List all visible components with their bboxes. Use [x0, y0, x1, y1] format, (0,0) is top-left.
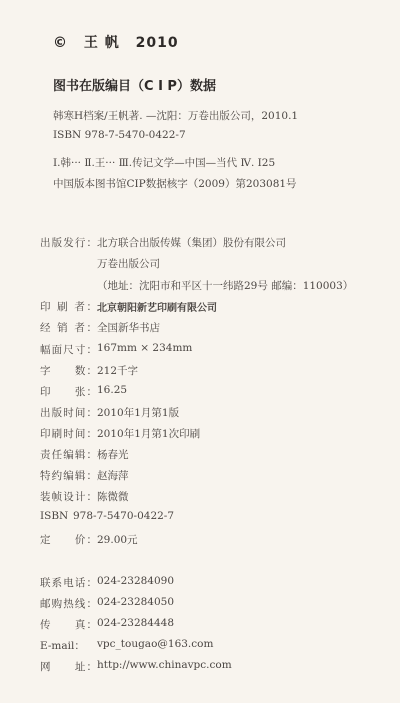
- detail-row-printdate: 印刷时间： 2010年1月第1次印刷: [40, 426, 200, 441]
- detail-value: 赵海萍: [97, 468, 129, 483]
- copyright-author: 王 帆: [84, 35, 120, 51]
- cip-line-title: 韩寒H档案/王帆著. —沈阳：万卷出版公司，2010.1: [53, 108, 298, 123]
- detail-row-printer: 印 刷 者： 北京朝阳新艺印刷有限公司: [40, 299, 217, 314]
- contact-value: 024-23284090: [97, 575, 174, 590]
- detail-row-special-editor: 特约编辑： 赵海萍: [40, 468, 129, 483]
- publisher-value: 北方联合出版传媒（集团）股份有限公司: [97, 235, 286, 250]
- cip-line-classification: Ⅰ.韩··· Ⅱ.王··· Ⅲ.传记文学—中国—当代 Ⅳ. I25: [53, 155, 275, 170]
- cip-line-isbn: ISBN 978-7-5470-0422-7: [53, 129, 186, 141]
- detail-value: 29.00元: [97, 532, 138, 547]
- detail-label: 印 张：: [40, 384, 97, 399]
- detail-value: 978-7-5470-0422-7: [73, 510, 174, 522]
- publisher-line-2: 万卷出版公司: [97, 256, 160, 271]
- detail-value: 北京朝阳新艺印刷有限公司: [97, 299, 217, 314]
- detail-row-designer: 装帧设计： 陈微微: [40, 489, 129, 504]
- detail-row-format: 幅面尺寸： 167mm × 234mm: [40, 342, 192, 357]
- copyright-year: 2010: [136, 35, 179, 51]
- contact-label: 联系电话：: [40, 575, 97, 590]
- contact-label: 传 真：: [40, 617, 97, 632]
- cip-title: 图书在版编目（C I P）数据: [53, 75, 216, 94]
- publisher-address: （地址：沈阳市和平区十一纬路29号 邮编：110003）: [97, 278, 353, 293]
- contact-label: 邮购热线：: [40, 596, 97, 611]
- contact-row-website: 网 址： http://www.chinavpc.com: [40, 659, 232, 674]
- contact-label: 网 址：: [40, 659, 97, 674]
- email-link[interactable]: vpc_tougao@163.com: [97, 638, 213, 653]
- detail-row-distributor: 经 销 者： 全国新华书店: [40, 320, 160, 335]
- contact-row-mailorder: 邮购热线： 024-23284050: [40, 596, 174, 611]
- detail-row-price: 定 价： 29.00元: [40, 532, 138, 547]
- detail-value: 全国新华书店: [97, 320, 160, 335]
- contact-label: E-mail：: [40, 638, 97, 653]
- detail-label: 定 价：: [40, 532, 97, 547]
- detail-value: 167mm × 234mm: [97, 342, 192, 357]
- detail-row-pubdate: 出版时间： 2010年1月第1版: [40, 405, 179, 420]
- copyright-line: © 王 帆 2010: [53, 32, 189, 52]
- detail-row-isbn: ISBN 978-7-5470-0422-7: [40, 510, 174, 522]
- detail-value: 212千字: [97, 363, 138, 378]
- detail-label: ISBN: [40, 510, 73, 522]
- contact-value: 024-23284448: [97, 617, 174, 632]
- publisher-row: 出版发行： 北方联合出版传媒（集团）股份有限公司: [40, 235, 286, 250]
- detail-value: 2010年1月第1版: [97, 405, 179, 420]
- contact-row-fax: 传 真： 024-23284448: [40, 617, 174, 632]
- detail-label: 幅面尺寸：: [40, 342, 97, 357]
- detail-label: 字 数：: [40, 363, 97, 378]
- detail-row-editor: 责任编辑： 杨春光: [40, 447, 129, 462]
- detail-value: 16.25: [97, 384, 127, 399]
- detail-value: 杨春光: [97, 447, 129, 462]
- publisher-label: 出版发行：: [40, 235, 97, 250]
- detail-label: 印 刷 者：: [40, 299, 97, 314]
- detail-row-sheets: 印 张： 16.25: [40, 384, 127, 399]
- contact-row-phone: 联系电话： 024-23284090: [40, 575, 174, 590]
- detail-label: 责任编辑：: [40, 447, 97, 462]
- detail-value: 2010年1月第1次印刷: [97, 426, 200, 441]
- copyright-symbol: ©: [53, 35, 68, 51]
- detail-value: 陈微微: [97, 489, 129, 504]
- detail-label: 印刷时间：: [40, 426, 97, 441]
- detail-row-wordcount: 字 数： 212千字: [40, 363, 138, 378]
- contact-row-email: E-mail： vpc_tougao@163.com: [40, 638, 213, 653]
- website-link[interactable]: http://www.chinavpc.com: [97, 659, 232, 674]
- cip-line-verification: 中国版本图书馆CIP数据核字（2009）第203081号: [53, 176, 297, 191]
- detail-label: 装帧设计：: [40, 489, 97, 504]
- detail-label: 出版时间：: [40, 405, 97, 420]
- detail-label: 经 销 者：: [40, 320, 97, 335]
- detail-label: 特约编辑：: [40, 468, 97, 483]
- contact-value: 024-23284050: [97, 596, 174, 611]
